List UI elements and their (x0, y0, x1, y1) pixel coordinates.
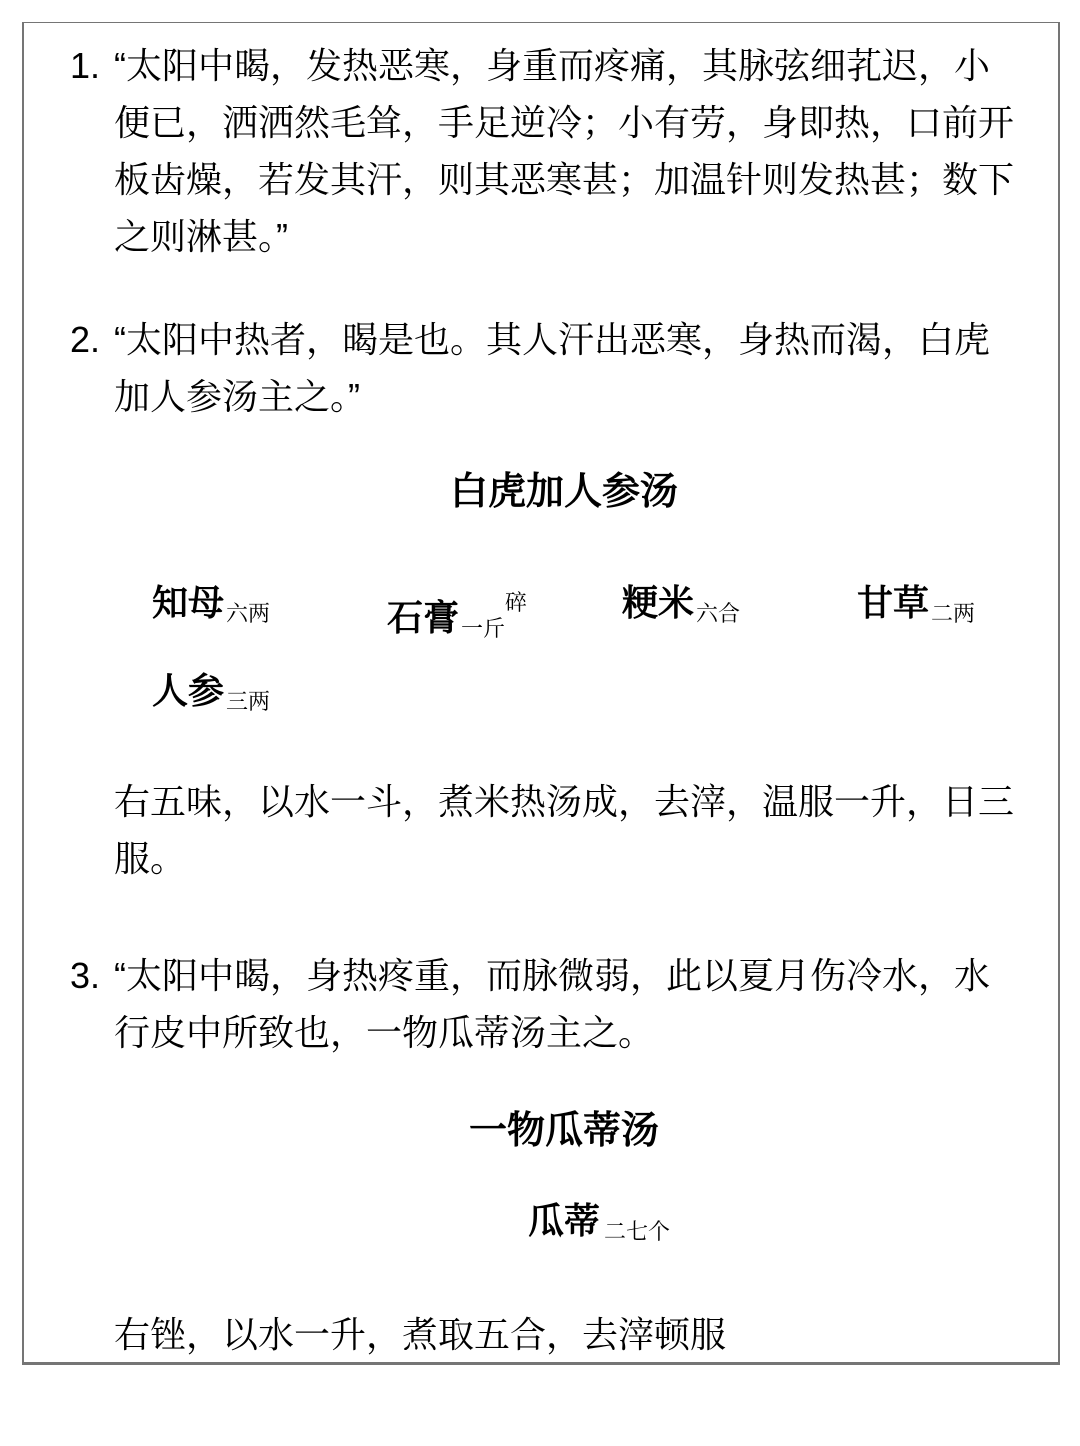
item-number: 1. (70, 37, 114, 265)
item-text: “太阳中暍，身热疼重，而脉微弱，此以夏月伤冷水，水行皮中所致也，一物瓜蒂汤主之。 (114, 947, 1014, 1061)
content-frame: 1. “太阳中暍，发热恶寒，身重而疼痛，其脉弦细芤迟，小便已，洒洒然毛耸，手足逆… (22, 22, 1060, 1365)
ingredient-row-2: 人参三两 (152, 660, 1014, 733)
ingredient-amount: 一斤 (461, 616, 505, 641)
ingredient-amount: 二两 (931, 601, 975, 626)
ingredient-amount: 三两 (226, 689, 270, 714)
item-number: 3. (70, 947, 114, 1061)
ingredient-amount: 六两 (226, 601, 270, 626)
list-item-1: 1. “太阳中暍，发热恶寒，身重而疼痛，其脉弦细芤迟，小便已，洒洒然毛耸，手足逆… (70, 37, 1014, 265)
ingredient-amount: 六合 (696, 601, 740, 626)
ingredient-renshen: 人参三两 (152, 660, 270, 733)
ingredient-row-1: 知母六两 石膏一斤碎 粳米六合 甘草二两 (152, 572, 1014, 660)
ingredient-shigao: 石膏一斤碎 (387, 572, 622, 660)
ingredient-name: 知母 (152, 582, 224, 623)
ingredient-name: 粳米 (622, 582, 694, 623)
formula2-instructions: 右锉，以水一升，煮取五合，去滓顿服 (114, 1306, 1014, 1363)
ingredient-name: 石膏 (387, 597, 459, 638)
ingredient-amount: 二七个 (604, 1219, 670, 1244)
ingredient-name: 甘草 (857, 582, 929, 623)
ingredient-name: 瓜蒂 (528, 1200, 600, 1241)
formula2-ingredient: 瓜蒂二七个 (114, 1195, 1014, 1258)
formula1-instructions: 右五味，以水一斗，煮米热汤成，去滓，温服一升，日三服。 (114, 773, 1014, 887)
list-item-3: 3. “太阳中暍，身热疼重，而脉微弱，此以夏月伤冷水，水行皮中所致也，一物瓜蒂汤… (70, 947, 1014, 1061)
ingredient-name: 人参 (152, 670, 224, 711)
item-text: “太阳中热者，暍是也。其人汗出恶寒，身热而渴，白虎加人参汤主之。” (114, 311, 1014, 425)
document-page: 1. “太阳中暍，发热恶寒，身重而疼痛，其脉弦细芤迟，小便已，洒洒然毛耸，手足逆… (0, 0, 1080, 1446)
ingredient-gancao: 甘草二两 (857, 572, 975, 660)
item-number: 2. (70, 311, 114, 425)
ingredient-jingmi: 粳米六合 (622, 572, 857, 660)
formula2-title: 一物瓜蒂汤 (114, 1101, 1014, 1161)
ingredient-note: 碎 (505, 590, 527, 615)
formula1-ingredients: 知母六两 石膏一斤碎 粳米六合 甘草二两 人参三两 (152, 572, 1014, 733)
item-text: “太阳中暍，发热恶寒，身重而疼痛，其脉弦细芤迟，小便已，洒洒然毛耸，手足逆冷；小… (114, 37, 1014, 265)
list-item-2: 2. “太阳中热者，暍是也。其人汗出恶寒，身热而渴，白虎加人参汤主之。” (70, 311, 1014, 425)
ingredient-zhimu: 知母六两 (152, 572, 387, 660)
formula1-title: 白虎加人参汤 (114, 462, 1014, 522)
